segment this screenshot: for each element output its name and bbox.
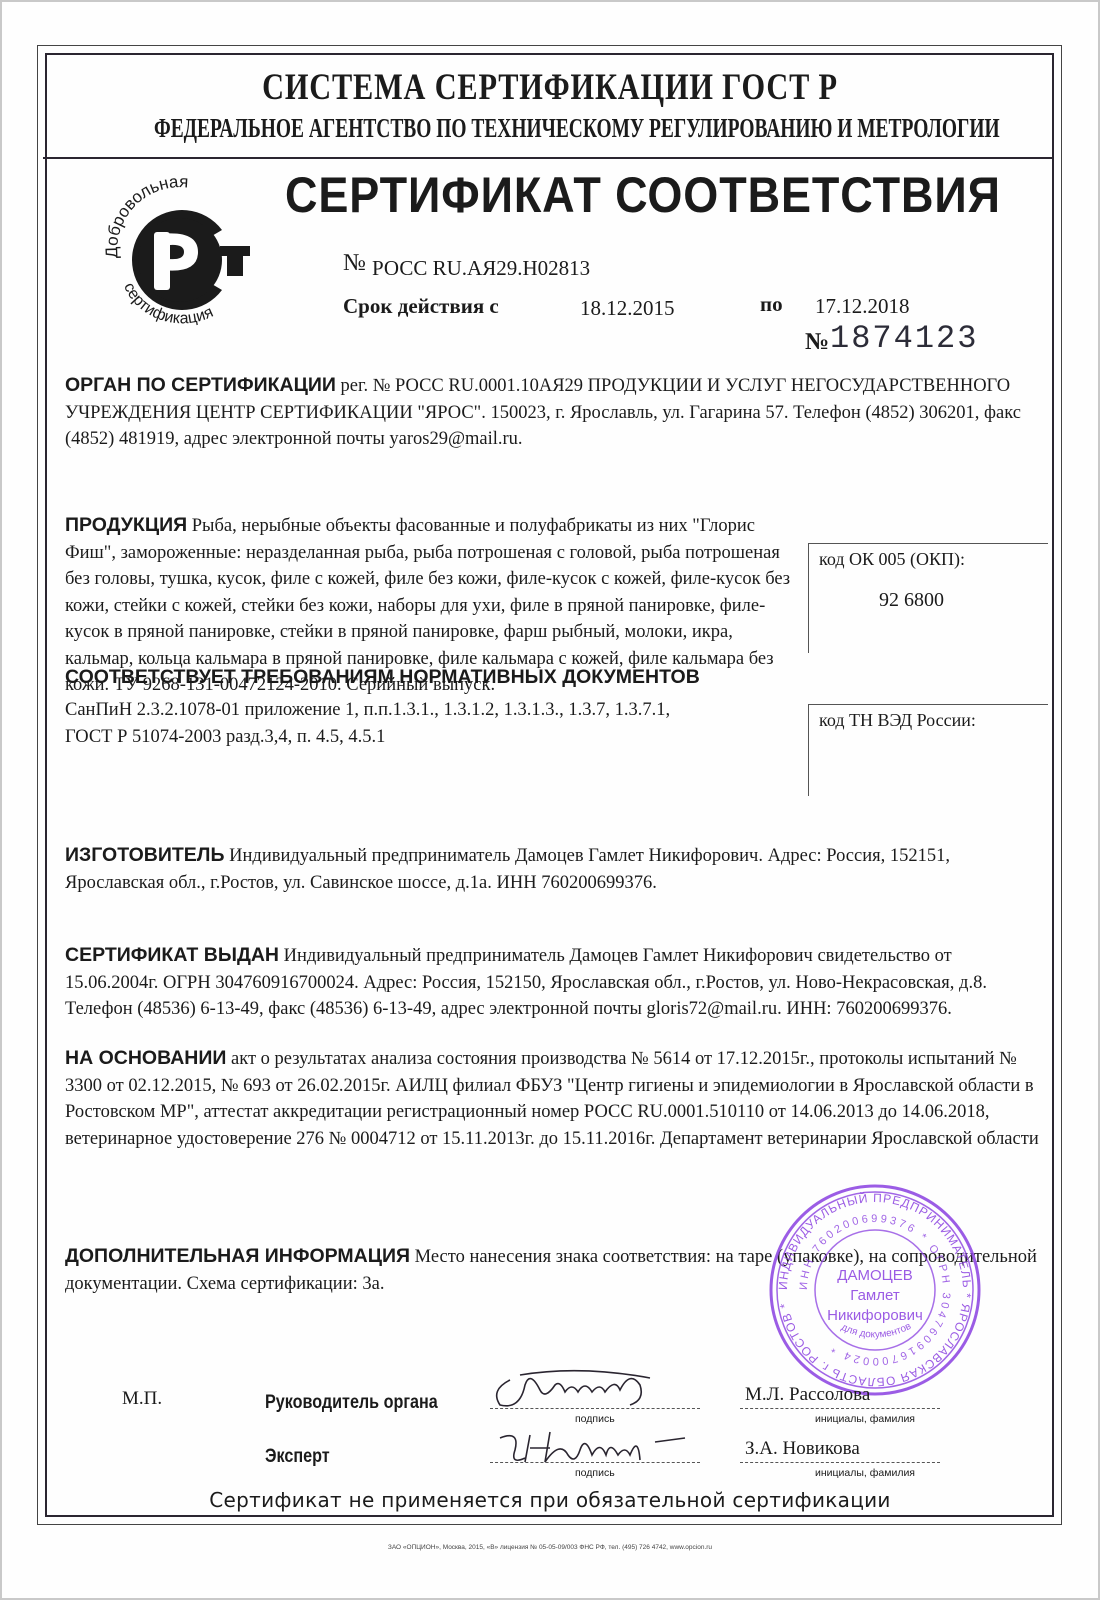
- header-divider: [43, 157, 1052, 159]
- valid-to-label: по: [760, 292, 783, 317]
- conformity-line-2: ГОСТ Р 51074-2003 разд.3,4, п. 4.5, 4.5.…: [65, 724, 805, 751]
- basis-heading: НА ОСНОВАНИИ: [65, 1047, 226, 1069]
- validity-label: Срок действия с: [343, 294, 499, 319]
- svg-text:ДАМОЦЕВ: ДАМОЦЕВ: [837, 1267, 912, 1284]
- system-title: СИСТЕМА СЕРТИФИКАЦИИ ГОСТ Р: [99, 66, 1001, 109]
- head-handwritten-signature: [480, 1360, 680, 1420]
- expert-handwritten-signature: [480, 1420, 710, 1475]
- okp-code-label: код ОК 005 (ОКП):: [819, 549, 965, 570]
- okp-code-box: код ОК 005 (ОКП): 92 6800: [808, 543, 1048, 653]
- valid-to-date: 17.12.2018: [815, 294, 910, 319]
- conformity-heading: СООТВЕТСТВУЕТ ТРЕБОВАНИЯМ НОРМАТИВНЫХ ДО…: [65, 666, 700, 689]
- issued-to-heading: СЕРТИФИКАТ ВЫДАН: [65, 944, 279, 966]
- expert-name-caption: инициалы, фамилия: [815, 1467, 915, 1479]
- document-title: СЕРТИФИКАТ СООТВЕТСТВИЯ: [285, 166, 1001, 224]
- expert-label: Эксперт: [265, 1446, 330, 1468]
- tnved-code-box: код ТН ВЭД России:: [808, 704, 1048, 796]
- manufacturer-heading: ИЗГОТОВИТЕЛЬ: [65, 844, 225, 866]
- rst-logo-icon: Добровольная сертификация: [100, 170, 260, 330]
- head-name-caption: инициалы, фамилия: [815, 1413, 915, 1425]
- round-seal-stamp-icon: ИНДИВИДУАЛЬНЫЙ ПРЕДПРИНИМАТЕЛЬ * ЯРОСЛАВ…: [765, 1180, 985, 1400]
- head-name: М.Л. Рассолова: [745, 1384, 870, 1406]
- blank-number-sign: №: [805, 329, 829, 356]
- certificate-number: РОСС RU.АЯ29.Н02813: [372, 256, 590, 281]
- printer-imprint: ЗАО «ОПЦИОН», Москва, 2015, «В» лицензия…: [0, 1544, 1100, 1551]
- expert-name: З.А. Новикова: [745, 1438, 860, 1460]
- issued-to-section: СЕРТИФИКАТ ВЫДАН Индивидуальный предприн…: [65, 942, 1040, 1023]
- svg-text:Никифорович: Никифорович: [827, 1307, 923, 1324]
- agency-title: ФЕДЕРАЛЬНОЕ АГЕНТСТВО ПО ТЕХНИЧЕСКОМУ РЕ…: [154, 113, 946, 144]
- svg-text:Гамлет: Гамлет: [850, 1287, 900, 1304]
- tnved-code-label: код ТН ВЭД России:: [819, 710, 976, 731]
- blank-serial-number: 1874123: [830, 320, 978, 357]
- conformity-section: СанПиН 2.3.2.1078-01 приложение 1, п.п.1…: [65, 697, 805, 751]
- certification-body-heading: ОРГАН ПО СЕРТИФИКАЦИИ: [65, 374, 336, 396]
- additional-info-heading: ДОПОЛНИТЕЛЬНАЯ ИНФОРМАЦИЯ: [65, 1245, 410, 1267]
- valid-from-date: 18.12.2015: [580, 296, 675, 321]
- head-name-line: [740, 1408, 940, 1409]
- manufacturer-section: ИЗГОТОВИТЕЛЬ Индивидуальный предпринимат…: [65, 842, 1040, 896]
- product-heading: ПРОДУКЦИЯ: [65, 514, 187, 536]
- okp-code-value: 92 6800: [809, 589, 944, 612]
- head-of-body-label: Руководитель органа: [265, 1392, 438, 1414]
- expert-name-line: [740, 1462, 940, 1463]
- number-sign: №: [343, 250, 366, 277]
- conformity-line-1: СанПиН 2.3.2.1078-01 приложение 1, п.п.1…: [65, 697, 805, 724]
- seal-place-mark: М.П.: [122, 1388, 162, 1410]
- basis-section: НА ОСНОВАНИИ акт о результатах анализа с…: [65, 1045, 1040, 1152]
- certification-body-section: ОРГАН ПО СЕРТИФИКАЦИИ рег. № РОСС RU.000…: [65, 372, 1040, 453]
- voluntary-certification-note: Сертификат не применяется при обязательн…: [0, 1488, 1100, 1512]
